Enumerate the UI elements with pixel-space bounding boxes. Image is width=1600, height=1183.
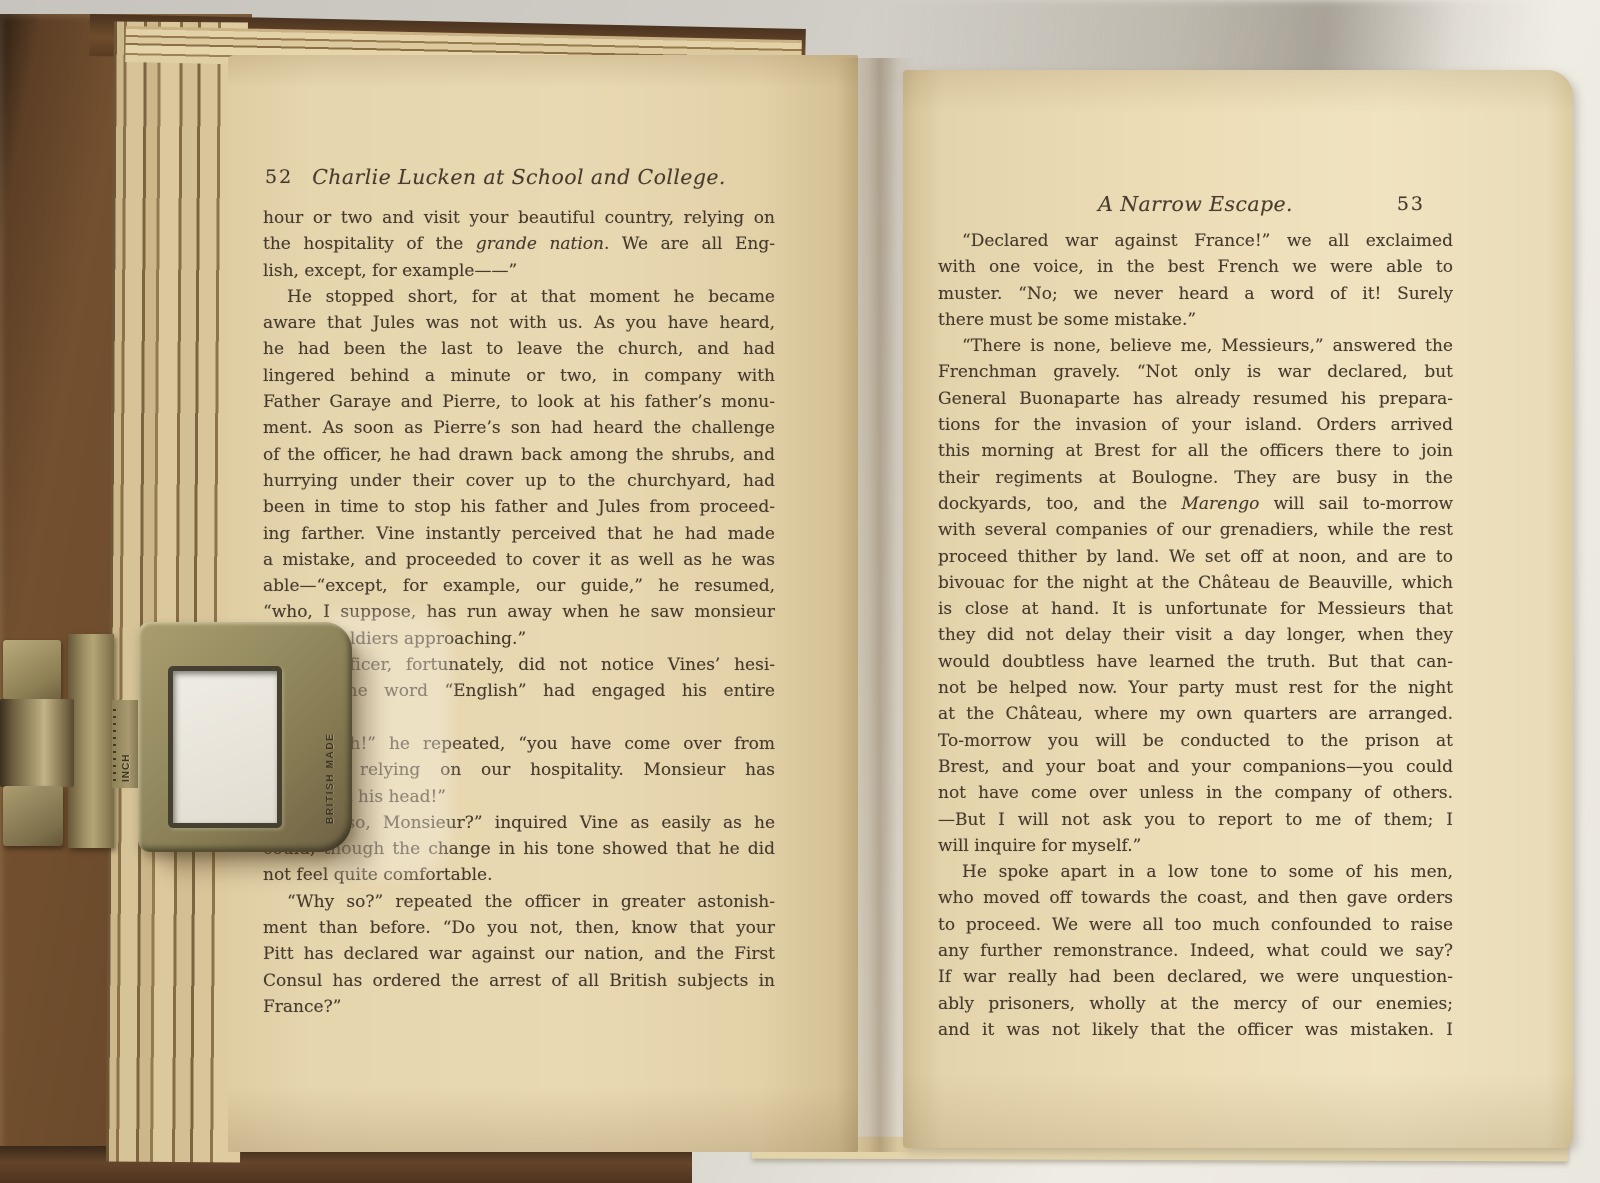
text-line: is close at hand. It is unfortunate for … [938,596,1453,622]
text-line: Consul has ordered the arrest of all Bri… [263,968,775,994]
text-line: If war really had been declared, we were… [938,964,1453,990]
text-line: He stopped short, for at that moment he … [263,284,775,310]
text-line: —But I will not ask you to report to me … [938,807,1453,833]
text-line: lingered behind a minute or two, in comp… [263,363,775,389]
text-line: not have come over unless in the company… [938,780,1453,806]
book-photo-scene: 52 Charlie Lucken at School and College.… [0,0,1600,1183]
text-line: Father Garaye and Pierre, to look at his… [263,389,775,415]
text-line: ing farther. Vine instantly perceived th… [263,521,775,547]
text-line: not be helped now. Your party must rest … [938,675,1453,701]
text-line: there must be some mistake.” [938,307,1453,333]
right-page: A Narrow Escape. 53 “Declared war agains… [903,70,1573,1148]
text-line: at the Château, where my own quarters ar… [938,701,1453,727]
brass-clasp-frame: BRITISH MADE [138,622,352,852]
right-page-body: “Declared war against France!” we all ex… [938,228,1453,1043]
text-line: ment than before. “Do you not, then, kno… [263,915,775,941]
text-line: proceed thither by land. We set off at n… [938,544,1453,570]
text-line: they did not delay their visit a day lon… [938,622,1453,648]
text-line: this morning at Brest for all the office… [938,438,1453,464]
text-line: aware that Jules was not with us. As you… [263,310,775,336]
text-line: bivouac for the night at the Château de … [938,570,1453,596]
text-line: hurrying under their cover up to the chu… [263,468,775,494]
text-line: who moved off towards the coast, and the… [938,885,1453,911]
ruler-ticks [113,704,116,784]
left-page-number: 52 [265,166,293,188]
page-stack-edges-left [106,22,248,1163]
text-line: ment. As soon as Pierre’s son had heard … [263,415,775,441]
clasp-window [168,666,282,828]
text-line: “Declared war against France!” we all ex… [938,228,1453,254]
text-line: Frenchman gravely. “Not only is war decl… [938,359,1453,385]
text-line: the hospitality of the grande nation. We… [263,231,775,257]
text-line: lish, except, for example——” [263,258,775,284]
text-line: with one voice, in the best French we we… [938,254,1453,280]
clasp-stem-label: INCH [121,708,132,782]
text-line: to proceed. We were all too much confoun… [938,912,1453,938]
text-line: a mistake, and proceeded to cover it as … [263,547,775,573]
text-line: ably prisoners, wholly at the mercy of o… [938,991,1453,1017]
text-line: “Why so?” repeated the officer in greate… [263,889,775,915]
text-line: with several companies of our grenadiers… [938,517,1453,543]
clasp-hinge-bottom-block [3,786,63,846]
left-page: 52 Charlie Lucken at School and College.… [228,55,858,1152]
text-line: of the officer, he had drawn back among … [263,442,775,468]
text-line: He spoke apart in a low tone to some of … [938,859,1453,885]
text-line: been in time to stop his father and Jule… [263,494,775,520]
text-line: muster. “No; we never heard a word of it… [938,281,1453,307]
text-line: their regiments at Boulogne. They are bu… [938,465,1453,491]
right-page-header: A Narrow Escape. 53 [938,192,1453,222]
text-line: To-morrow you will be conducted to the p… [938,728,1453,754]
text-line: able—“except, for example, our guide,” h… [263,573,775,599]
text-line: General Buonaparte has already resumed h… [938,386,1453,412]
clasp-hinge-knuckle [0,699,74,787]
text-line: hour or two and visit your beautiful cou… [263,205,775,231]
right-running-title: A Narrow Escape. [938,192,1453,216]
text-line: any further remonstrance. Indeed, what c… [938,938,1453,964]
clasp-frame-label: BRITISH MADE [325,688,336,824]
text-line: he had been the last to leave the church… [263,336,775,362]
right-page-number: 53 [1397,193,1425,215]
text-line: and it was not likely that the officer w… [938,1017,1453,1043]
text-line: Brest, and your boat and your companions… [938,754,1453,780]
left-page-header: 52 Charlie Lucken at School and College. [263,165,775,195]
text-line: France?” [263,994,775,1020]
clasp-hinge-top-block [3,640,61,700]
clasp-hinge-plate [68,634,114,848]
text-line: would doubtless have learned the truth. … [938,649,1453,675]
text-line: dockyards, too, and the Marengo will sai… [938,491,1453,517]
text-line: will inquire for myself.” [938,833,1453,859]
text-line: “There is none, believe me, Messieurs,” … [938,333,1453,359]
left-running-title: Charlie Lucken at School and College. [263,165,775,189]
text-line: tions for the invasion of your island. O… [938,412,1453,438]
text-line: Pitt has declared war against our nation… [263,941,775,967]
